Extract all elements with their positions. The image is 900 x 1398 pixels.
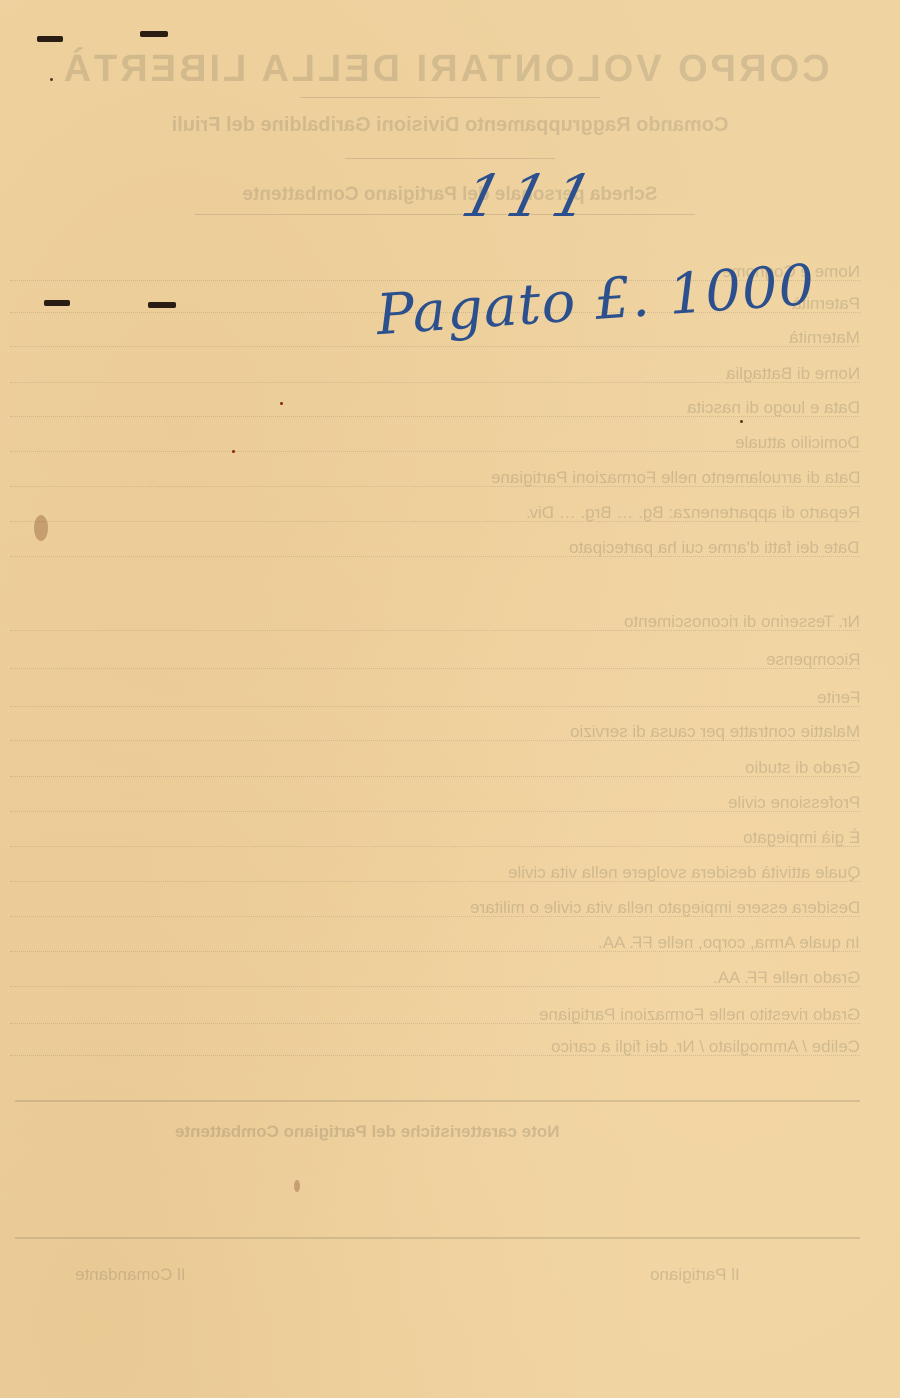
bleed-field-line [10, 706, 860, 707]
staple-mark [44, 300, 70, 306]
speck [740, 420, 743, 423]
bleed-field-line [10, 346, 860, 347]
bleed-divider [195, 214, 695, 215]
bleed-field-line [10, 776, 860, 777]
bleed-divider [15, 1237, 860, 1239]
bleed-field-label: Desidera essere impiegato nella vita civ… [470, 898, 860, 918]
document-page: CORPO VOLONTARI DELLA LIBERTÀ Comando Ra… [0, 0, 900, 1398]
bleed-divider [15, 1100, 860, 1102]
bleed-field-label: Ricompense [766, 650, 861, 670]
bleed-field-label: Data di arruolamento nelle Formazioni Pa… [491, 468, 860, 488]
bleed-field-label: È già impiegato [743, 828, 860, 848]
bleed-field-label: Nr. Tesserino di riconoscimento [624, 612, 860, 632]
handwritten-payment-note: Pagato £. 1000 [374, 253, 817, 349]
bleed-field-label: Domicilio attuale [735, 433, 860, 453]
bleed-field-label: Ferite [817, 688, 860, 708]
stain [294, 1180, 300, 1192]
bleed-field-line [10, 668, 860, 669]
bleed-title: CORPO VOLONTARI DELLA LIBERTÀ [40, 48, 850, 91]
bleed-field-label: Maternità [789, 328, 860, 348]
bleed-field-line [10, 846, 860, 847]
bleed-field-label: Grado di studio [745, 758, 860, 778]
bleed-field-label: In quale Arma, corpo, nelle FF. AA. [598, 933, 860, 953]
bleed-field-label: Grado nelle FF. AA. [713, 968, 860, 988]
bleed-field-label: Date dei fatti d'arme cui ha partecipato [569, 538, 860, 558]
handwritten-record-number: 111 [456, 162, 608, 230]
bleed-subtitle: Comando Raggruppamento Divisioni Garibal… [90, 114, 810, 137]
bleed-field-label: Grado rivestito nelle Formazioni Partigi… [539, 1005, 860, 1025]
bleed-field-label: Celibe / Ammogliato / Nr. dei figli a ca… [551, 1037, 860, 1057]
staple-mark [37, 36, 63, 42]
bleed-notes-heading: Note caratteristiche del Partigiano Comb… [175, 1122, 559, 1142]
staple-mark [140, 31, 168, 37]
bleed-signature-left: Il Comandante [75, 1265, 186, 1285]
stain [34, 515, 48, 541]
bleed-divider [345, 158, 555, 159]
bleed-field-label: Quale attività desidera svolgere nella v… [508, 863, 860, 883]
staple-mark [148, 302, 176, 308]
bleed-signature-right: Il Partigiano [650, 1265, 740, 1285]
bleed-field-label: Professione civile [728, 793, 860, 813]
bleed-divider [300, 97, 600, 98]
speck [280, 402, 283, 405]
bleed-field-label: Data e luogo di nascita [687, 398, 860, 418]
bleed-field-line [10, 451, 860, 452]
bleed-field-label: Nome di Battaglia [726, 364, 860, 384]
bleed-section: Scheda personale del Partigiano Combatte… [190, 184, 710, 206]
bleed-field-label: Reparto di appartenenza: Bg. … Brg. … Di… [526, 503, 860, 523]
bleed-field-label: Malattie contratte per causa di servizio [570, 722, 860, 742]
